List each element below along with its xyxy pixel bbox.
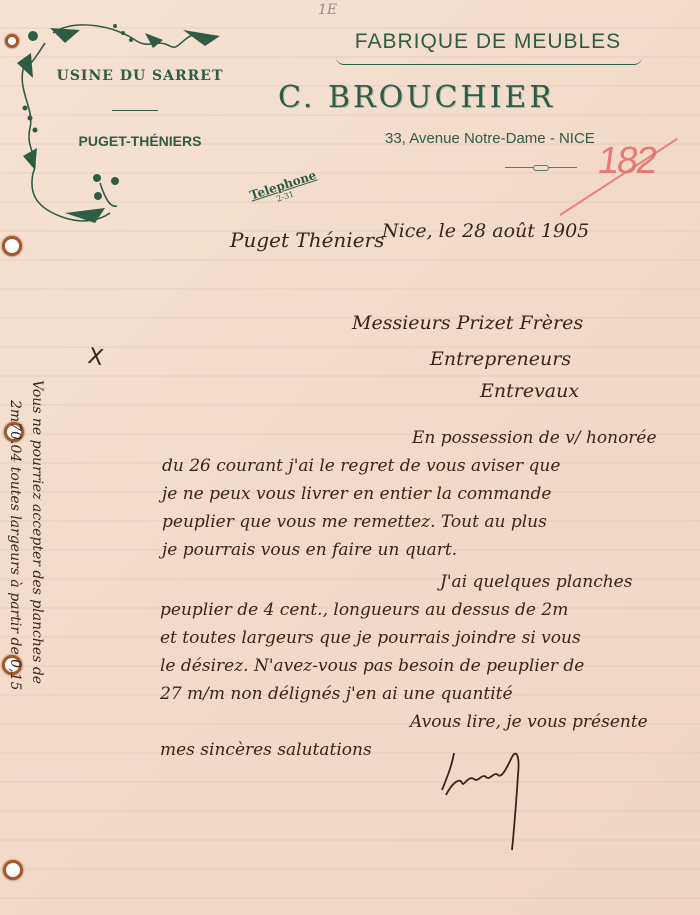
- company-name: C. BROUCHIER: [278, 80, 555, 115]
- tagline-underline: [336, 56, 642, 65]
- date-line: Nice, le 28 août 1905: [382, 220, 589, 242]
- tagline: FABRIQUE DE MEUBLES: [338, 30, 638, 54]
- telephone-stamp: Telephone 2-31: [248, 168, 321, 211]
- punch-hole: [3, 860, 23, 880]
- recipient-line: Entrepreneurs: [430, 348, 571, 370]
- body-line: du 26 courant j'ai le regret de vous avi…: [162, 456, 560, 476]
- body-line: peuplier que vous me remettez. Tout au p…: [162, 512, 547, 532]
- signature: [430, 735, 570, 855]
- body-line: 27 m/m non délignés j'en ai une quantité: [160, 684, 513, 704]
- margin-note-line: Vous ne pourriez accepter des planches d…: [26, 380, 48, 840]
- recipient-line: Entrevaux: [480, 380, 579, 402]
- art-nouveau-ornament-icon: [5, 8, 235, 233]
- margin-note-line: si en voulez-vous pas quelques uns ?: [0, 380, 4, 840]
- x-mark: X: [86, 344, 105, 371]
- archive-mark: 1E: [318, 2, 337, 18]
- company-address: 33, Avenue Notre-Dame - NICE: [385, 130, 595, 147]
- body-line: J'ai quelques planches: [440, 572, 632, 592]
- letter-page: USINE DU SARRET PUGET-THÉNIERS 1E FABRIQ…: [0, 0, 700, 915]
- margin-note-line: 2m70.04 toutes largeurs à partir de 0,15: [4, 400, 26, 840]
- place-handwritten: Puget Théniers: [230, 228, 384, 252]
- body-line: peuplier de 4 cent., longueurs au dessus…: [160, 600, 568, 620]
- recipient-line: Messieurs Prizet Frères: [352, 312, 583, 334]
- body-line: et toutes largeurs que je pourrais joind…: [160, 628, 581, 648]
- body-line: le désirez. N'avez-vous pas besoin de pe…: [160, 656, 584, 676]
- red-pencil-number: 182: [595, 140, 658, 183]
- body-line: Avous lire, je vous présente: [410, 712, 648, 732]
- margin-note: Vous ne pourriez accepter des planches d…: [0, 380, 48, 840]
- divider: [112, 110, 158, 111]
- body-line: je ne peux vous livrer en entier la comm…: [162, 484, 551, 504]
- company-name-left: USINE DU SARRET: [40, 68, 240, 84]
- divider: [505, 167, 577, 168]
- body-line: mes sincères salutations: [160, 740, 372, 760]
- company-location: PUGET-THÉNIERS: [40, 133, 240, 149]
- body-line: je pourrais vous en faire un quart.: [162, 540, 457, 560]
- body-line: En possession de v/ honorée: [412, 428, 657, 448]
- punch-hole: [2, 236, 22, 256]
